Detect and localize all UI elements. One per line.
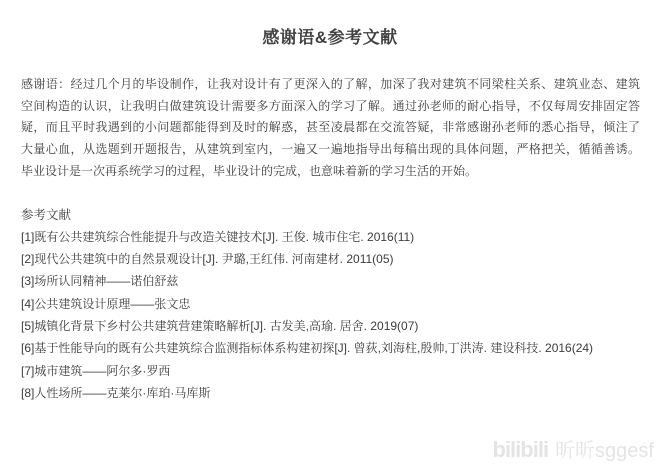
- reference-item: [3]场所认同精神——诺伯舒兹: [21, 270, 640, 292]
- reference-item: [7]城市建筑——阿尔多·罗西: [21, 360, 640, 382]
- references-heading: 参考文献: [21, 204, 640, 226]
- reference-item: [1]既有公共建筑综合性能提升与改造关键技术[J]. 王俊. 城市住宅. 201…: [21, 226, 640, 248]
- reference-item: [5]城镇化背景下乡村公共建筑营建策略解析[J]. 古发美,高瑜. 居舍. 20…: [21, 315, 640, 337]
- acknowledgment-line: 毕业设计是一次再系统学习的过程，毕业设计的完成，也意味着新的学习生活的开始。: [21, 161, 640, 183]
- bilibili-logo: bilibili: [493, 437, 549, 463]
- acknowledgment-line: 感谢语：经过几个月的毕设制作，让我对设计有了更深入的了解，加深了我对建筑不同梁柱…: [21, 74, 640, 96]
- reference-item: [8]人性场所——克莱尔·库珀·马库斯: [21, 382, 640, 404]
- acknowledgment-line: 疑，而且平时我遇到的小问题都能得到及时的解惑，甚至凌晨都在交流答疑，非常感谢孙老…: [21, 117, 640, 139]
- reference-item: [2]现代公共建筑中的自然景观设计[J]. 尹璐,王红伟. 河南建材. 2011…: [21, 248, 640, 270]
- watermark: bilibili 昕昕sggesf: [493, 434, 655, 463]
- references-section: 参考文献 [1]既有公共建筑综合性能提升与改造关键技术[J]. 王俊. 城市住宅…: [21, 204, 640, 405]
- slide-page: 感谢语&参考文献 感谢语：经过几个月的毕设制作，让我对设计有了更深入的了解，加深…: [0, 0, 660, 467]
- reference-item: [6]基于性能导向的既有公共建筑综合监测指标体系构建初探[J]. 曾荻,刘海柱,…: [21, 337, 640, 359]
- page-title: 感谢语&参考文献: [0, 0, 660, 48]
- acknowledgment-line: 空间构造的认识，让我明白做建筑设计需要多方面深入的学习了解。通过孙老师的耐心指导…: [21, 96, 640, 118]
- acknowledgment-paragraph: 感谢语：经过几个月的毕设制作，让我对设计有了更深入的了解，加深了我对建筑不同梁柱…: [21, 74, 640, 183]
- acknowledgment-line: 大量心血，从选题到开题报告，从建筑到室内，一遍又一遍地指导出每稿出现的具体问题，…: [21, 139, 640, 161]
- references-list: [1]既有公共建筑综合性能提升与改造关键技术[J]. 王俊. 城市住宅. 201…: [21, 226, 640, 404]
- reference-item: [4]公共建筑设计原理——张文忠: [21, 293, 640, 315]
- watermark-username: 昕昕sggesf: [555, 434, 654, 463]
